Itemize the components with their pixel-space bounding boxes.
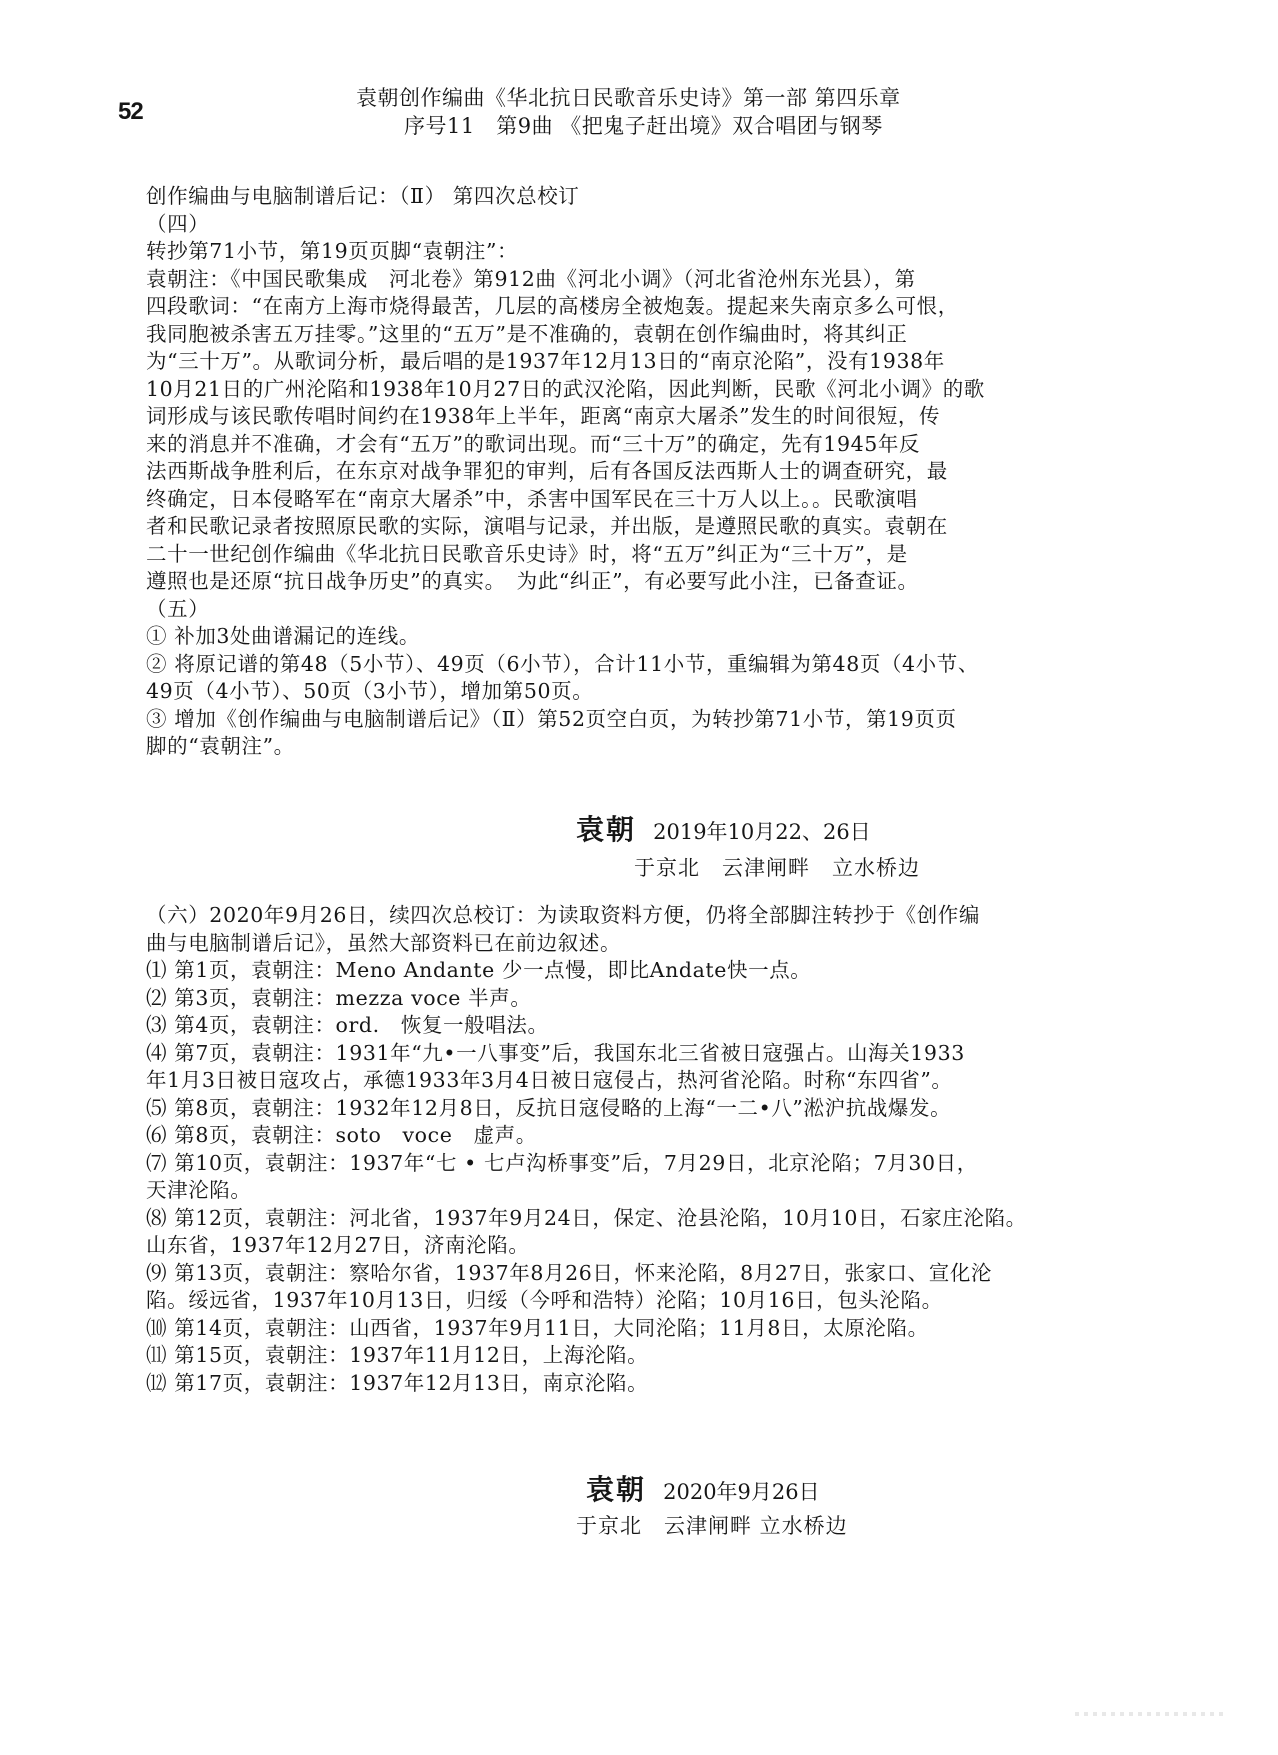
subsection-label-5: （五） [146, 596, 1106, 624]
footnotes-section: （六）2020年9月26日，续四次总校订：为读取资料方便，仍将全部脚注转抄于《创… [146, 902, 1106, 1397]
revision-notes-section: 创作编曲与电脑制谱后记：（Ⅱ） 第四次总校订 （四） 转抄第71小节，第19页页… [146, 183, 1106, 761]
author-name: 袁朝 [576, 813, 636, 846]
footnote-item: ⑹ 第8页，袁朝注：soto voce 虚声。 [146, 1122, 1106, 1150]
footnote-item: ⑾ 第15页，袁朝注：1937年11月12日，上海沦陷。 [146, 1342, 1106, 1370]
author-name: 袁朝 [586, 1473, 646, 1506]
list-item: ① 补加3处曲谱漏记的连线。 [146, 623, 1106, 651]
list-item: ③ 增加《创作编曲与电脑制谱后记》（Ⅱ）第52页空白页，为转抄第71小节，第19… [146, 706, 1106, 734]
footnote-item: 年1月3日被日寇攻占，承德1933年3月4日被日寇侵占，热河省沦陷。时称“东四省… [146, 1067, 1106, 1095]
signature-2: 袁朝 2020年9月26日 [586, 1468, 820, 1508]
section-heading: 创作编曲与电脑制谱后记：（Ⅱ） 第四次总校订 [146, 183, 1106, 211]
footnote-item: ⑸ 第8页，袁朝注：1932年12月8日，反抗日寇侵略的上海“一二•八”淞沪抗战… [146, 1095, 1106, 1123]
footnote-item: ⑻ 第12页，袁朝注：河北省，1937年9月24日，保定、沧县沦陷，10月10日… [146, 1205, 1106, 1233]
signature-1: 袁朝 2019年10月22、26日 [576, 808, 871, 848]
paragraph-line: 我同胞被杀害五万挂零。”这里的“五万”是不准确的，袁朝在创作编曲时，将其纠正 [146, 321, 1106, 349]
signature-date: 2019年10月22、26日 [653, 820, 871, 844]
paragraph-line: 终确定，日本侵略军在“南京大屠杀”中，杀害中国军民在三十万人以上。。民歌演唱 [146, 486, 1106, 514]
paragraph-line: 四段歌词：“在南方上海市烧得最苦，几层的高楼房全被炮轰。提起来失南京多么可恨， [146, 293, 1106, 321]
signature-date: 2020年9月26日 [663, 1480, 820, 1504]
page-number: 52 [118, 98, 143, 126]
paragraph-line: 为“三十万”。从歌词分析，最后唱的是1937年12月13日的“南京沦陷”，没有1… [146, 348, 1106, 376]
footnote-item: ⑺ 第10页，袁朝注：1937年“七 • 七卢沟桥事变”后，7月29日，北京沦陷… [146, 1150, 1106, 1178]
list-item: 49页（4小节）、50页（3小节），增加第50页。 [146, 678, 1106, 706]
paragraph-line: 来的消息并不准确，才会有“五万”的歌词出现。而“三十万”的确定，先有1945年反 [146, 431, 1106, 459]
footnote-item: ⑴ 第1页，袁朝注：Meno Andante 少一点慢，即比Andate快一点。 [146, 957, 1106, 985]
paragraph-line: 袁朝注：《中国民歌集成 河北卷》第912曲《河北小调》（河北省沧州东光县），第 [146, 266, 1106, 294]
footnote-item: ⑵ 第3页，袁朝注：mezza voce 半声。 [146, 985, 1106, 1013]
faint-watermark [1075, 1712, 1225, 1716]
footnote-item: ⑿ 第17页，袁朝注：1937年12月13日，南京沦陷。 [146, 1370, 1106, 1398]
paragraph-line: 遵照也是还原“抗日战争历史”的真实。 为此“纠正”，有必要写此小注，已备查证。 [146, 568, 1106, 596]
signature-2-place: 于京北 云津闸畔 立水桥边 [576, 1510, 848, 1540]
footnote-item: 天津沦陷。 [146, 1177, 1106, 1205]
paragraph-line: 转抄第71小节，第19页页脚“袁朝注”： [146, 238, 1106, 266]
list-item: 脚的“袁朝注”。 [146, 733, 1106, 761]
footnote-item: ⑶ 第4页，袁朝注：ord. 恢复一般唱法。 [146, 1012, 1106, 1040]
paragraph-line: 曲与电脑制谱后记》，虽然大部资料已在前边叙述。 [146, 930, 1106, 958]
paragraph-line: 词形成与该民歌传唱时间约在1938年上半年，距离“南京大屠杀”发生的时间很短，传 [146, 403, 1106, 431]
footnote-item: ⑷ 第7页，袁朝注：1931年“九•一八事变”后，我国东北三省被日寇强占。山海关… [146, 1040, 1106, 1068]
paragraph-line: 法西斯战争胜利后，在东京对战争罪犯的审判，后有各国反法西斯人士的调查研究，最 [146, 458, 1106, 486]
footnote-item: ⑼ 第13页，袁朝注：察哈尔省，1937年8月26日，怀来沦陷，8月27日，张家… [146, 1260, 1106, 1288]
list-item: ② 将原记谱的第48（5小节）、49页（6小节），合计11小节，重编辑为第48页… [146, 651, 1106, 679]
header-title-line-1: 袁朝创作编曲《华北抗日民歌音乐史诗》第一部 第四乐章 [356, 82, 901, 112]
paragraph-line: 10月21日的广州沦陷和1938年10月27日的武汉沦陷，因此判断，民歌《河北小… [146, 376, 1106, 404]
paragraph-line: 者和民歌记录者按照原民歌的实际，演唱与记录，并出版，是遵照民歌的真实。袁朝在 [146, 513, 1106, 541]
signature-1-place: 于京北 云津闸畔 立水桥边 [634, 852, 920, 882]
footnote-item: 陷。绥远省，1937年10月13日，归绥（今呼和浩特）沦陷；10月16日，包头沦… [146, 1287, 1106, 1315]
footnote-item: 山东省，1937年12月27日，济南沦陷。 [146, 1232, 1106, 1260]
footnote-item: ⑽ 第14页，袁朝注：山西省，1937年9月11日，大同沦陷；11月8日，太原沦… [146, 1315, 1106, 1343]
paragraph-line: （六）2020年9月26日，续四次总校订：为读取资料方便，仍将全部脚注转抄于《创… [146, 902, 1106, 930]
header-title-line-2: 序号11 第9曲 《把鬼子赶出境》双合唱团与钢琴 [404, 110, 883, 140]
subsection-label-4: （四） [146, 211, 1106, 239]
paragraph-line: 二十一世纪创作编曲《华北抗日民歌音乐史诗》时，将“五万”纠正为“三十万”，是 [146, 541, 1106, 569]
